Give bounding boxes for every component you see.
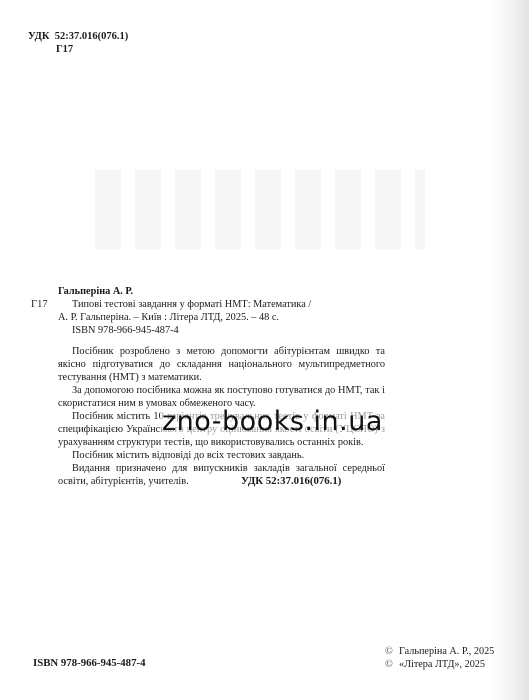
author-mark: Г17 xyxy=(28,43,128,56)
catalog-title-line1: Типові тестові завдання у форматі НМТ: М… xyxy=(58,298,385,311)
copyright-block: ©Гальперіна А. Р., 2025 ©«Літера ЛТД», 2… xyxy=(385,645,494,671)
description-paragraph: Посібник містить відповіді до всіх тесто… xyxy=(58,449,385,462)
catalog-title-line2: А. Р. Гальперіна. – Київ : Літера ЛТД, 2… xyxy=(58,311,385,324)
book-imprint-page: УДК 52:37.016(076.1) Г17 Г17 Гальперіна … xyxy=(0,0,529,700)
copyright-line: ©Гальперіна А. Р., 2025 xyxy=(385,645,494,658)
copyright-icon: © xyxy=(385,658,399,671)
catalog-card: Г17 Гальперіна А. Р. Типові тестові завд… xyxy=(58,285,385,488)
catalog-isbn: ISBN 978-966-945-487-4 xyxy=(58,324,385,337)
udk-classification: УДК 52:37.016(076.1) Г17 xyxy=(28,30,128,56)
footer-isbn: ISBN 978-966-945-487-4 xyxy=(33,657,145,669)
catalog-udk-footer: УДК 52:37.016(076.1) xyxy=(241,475,341,487)
show-through-bleed xyxy=(95,170,425,250)
udk-code: 52:37.016(076.1) xyxy=(55,31,129,42)
udk-label: УДК xyxy=(28,31,49,42)
copyright-line: ©«Літера ЛТД», 2025 xyxy=(385,658,494,671)
description-paragraph: Посібник розроблено з метою допомогти аб… xyxy=(58,345,385,384)
copyright-icon: © xyxy=(385,645,399,658)
watermark: zno-books.in.ua xyxy=(160,407,385,437)
catalog-author-mark: Г17 xyxy=(31,298,48,311)
catalog-author: Гальперіна А. Р. xyxy=(58,285,385,298)
